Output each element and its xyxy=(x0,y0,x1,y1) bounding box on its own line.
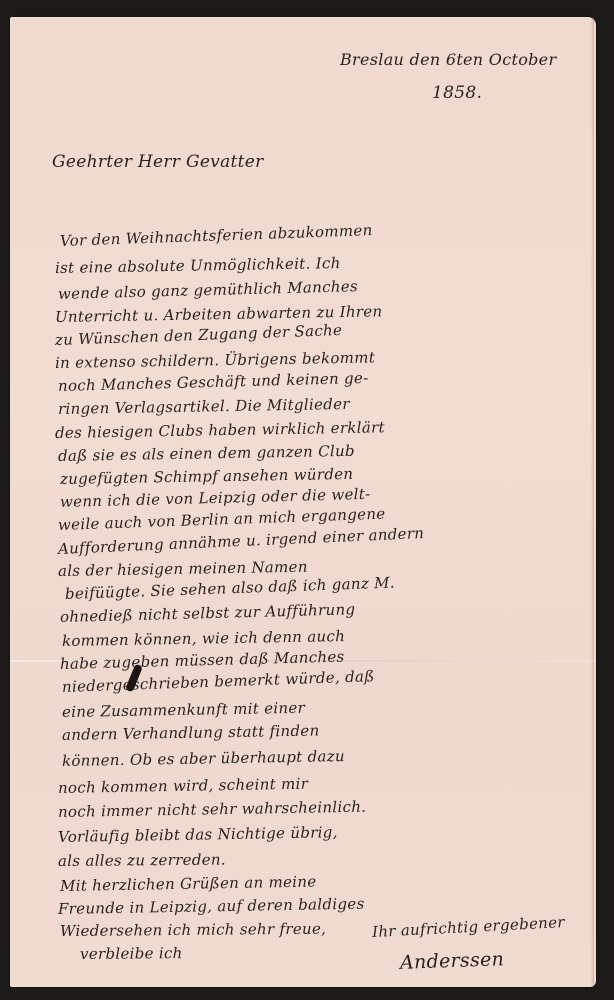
signature: Anderssen xyxy=(400,948,505,974)
letter-line: Wiedersehen ich mich sehr freue, xyxy=(60,920,326,940)
salutation: Geehrter Herr Gevatter xyxy=(52,152,264,172)
letter-line: verbleibe ich xyxy=(80,944,183,963)
letter-line: als alles zu zerreden. xyxy=(58,851,226,870)
paper-edge xyxy=(591,17,594,987)
place-date: Breslau den 6ten October xyxy=(340,50,556,69)
year: 1858. xyxy=(432,83,482,103)
